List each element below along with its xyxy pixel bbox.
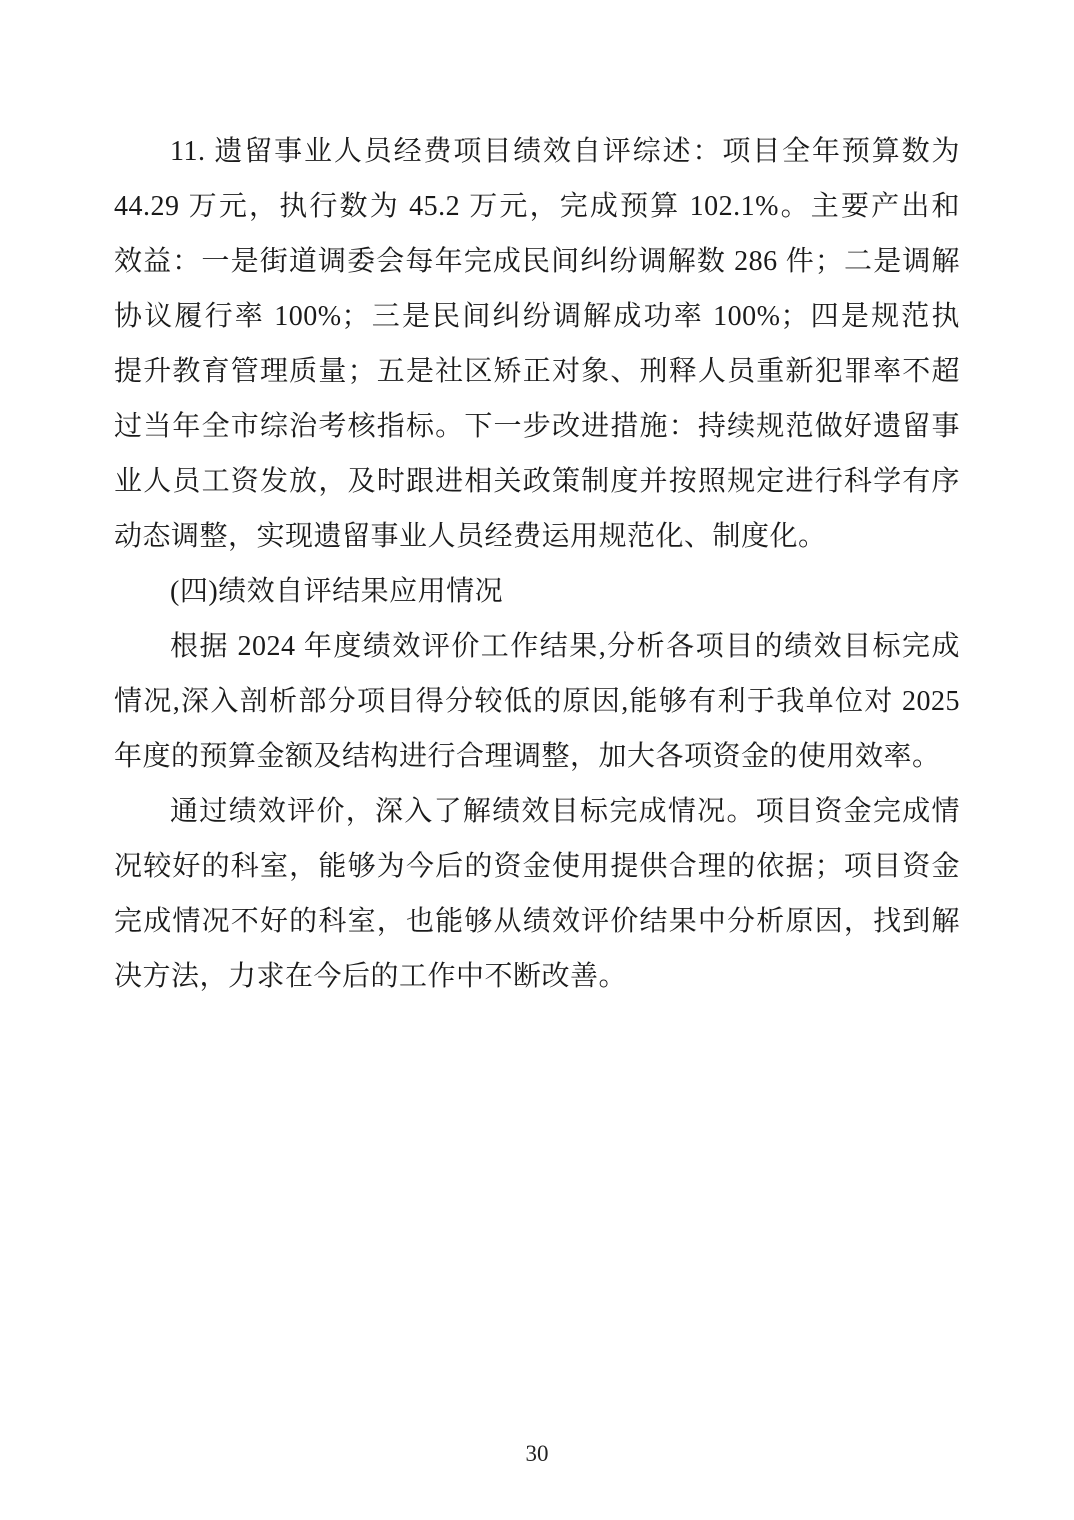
text-line: 决方法，力求在今后的工作中不断改善。 — [114, 949, 960, 1004]
text-line: 根据 2024 年度绩效评价工作结果,分析各项目的绩效目标完成 — [114, 619, 960, 674]
text-line: 协议履行率 100%；三是民间纠纷调解成功率 100%；四是规范执法、 — [114, 289, 960, 344]
page-number: 30 — [526, 1441, 549, 1466]
text-line: 通过绩效评价，深入了解绩效目标完成情况。项目资金完成情 — [114, 784, 960, 839]
text-line: 况较好的科室，能够为今后的资金使用提供合理的依据；项目资金 — [114, 839, 960, 894]
text-line: 情况,深入剖析部分项目得分较低的原因,能够有利于我单位对 2025 — [114, 674, 960, 729]
text-line: 11. 遗留事业人员经费项目绩效自评综述：项目全年预算数为 — [114, 124, 960, 179]
text-line: 动态调整，实现遗留事业人员经费运用规范化、制度化。 — [114, 509, 960, 564]
text-line: 44.29 万元，执行数为 45.2 万元，完成预算 102.1%。主要产出和 — [114, 179, 960, 234]
paragraph-item-11: 11. 遗留事业人员经费项目绩效自评综述：项目全年预算数为 44.29 万元，执… — [114, 124, 960, 564]
text-line: 提升教育管理质量；五是社区矫正对象、刑释人员重新犯罪率不超 — [114, 344, 960, 399]
paragraph-result-application: 根据 2024 年度绩效评价工作结果,分析各项目的绩效目标完成 情况,深入剖析部… — [114, 619, 960, 784]
text-line: 业人员工资发放，及时跟进相关政策制度并按照规定进行科学有序 — [114, 454, 960, 509]
section-heading-text: (四)绩效自评结果应用情况 — [114, 564, 960, 619]
page-footer: 30 — [0, 1440, 1074, 1468]
text-line: 完成情况不好的科室，也能够从绩效评价结果中分析原因，找到解 — [114, 894, 960, 949]
section-heading-4: (四)绩效自评结果应用情况 — [114, 564, 960, 619]
text-line: 年度的预算金额及结构进行合理调整，加大各项资金的使用效率。 — [114, 729, 960, 784]
text-line: 过当年全市综治考核指标。下一步改进措施：持续规范做好遗留事 — [114, 399, 960, 454]
document-body: 11. 遗留事业人员经费项目绩效自评综述：项目全年预算数为 44.29 万元，执… — [114, 124, 960, 1004]
text-line: 效益：一是街道调委会每年完成民间纠纷调解数 286 件；二是调解 — [114, 234, 960, 289]
document-page: 11. 遗留事业人员经费项目绩效自评综述：项目全年预算数为 44.29 万元，执… — [0, 0, 1074, 1520]
paragraph-evaluation-insight: 通过绩效评价，深入了解绩效目标完成情况。项目资金完成情 况较好的科室，能够为今后… — [114, 784, 960, 1004]
